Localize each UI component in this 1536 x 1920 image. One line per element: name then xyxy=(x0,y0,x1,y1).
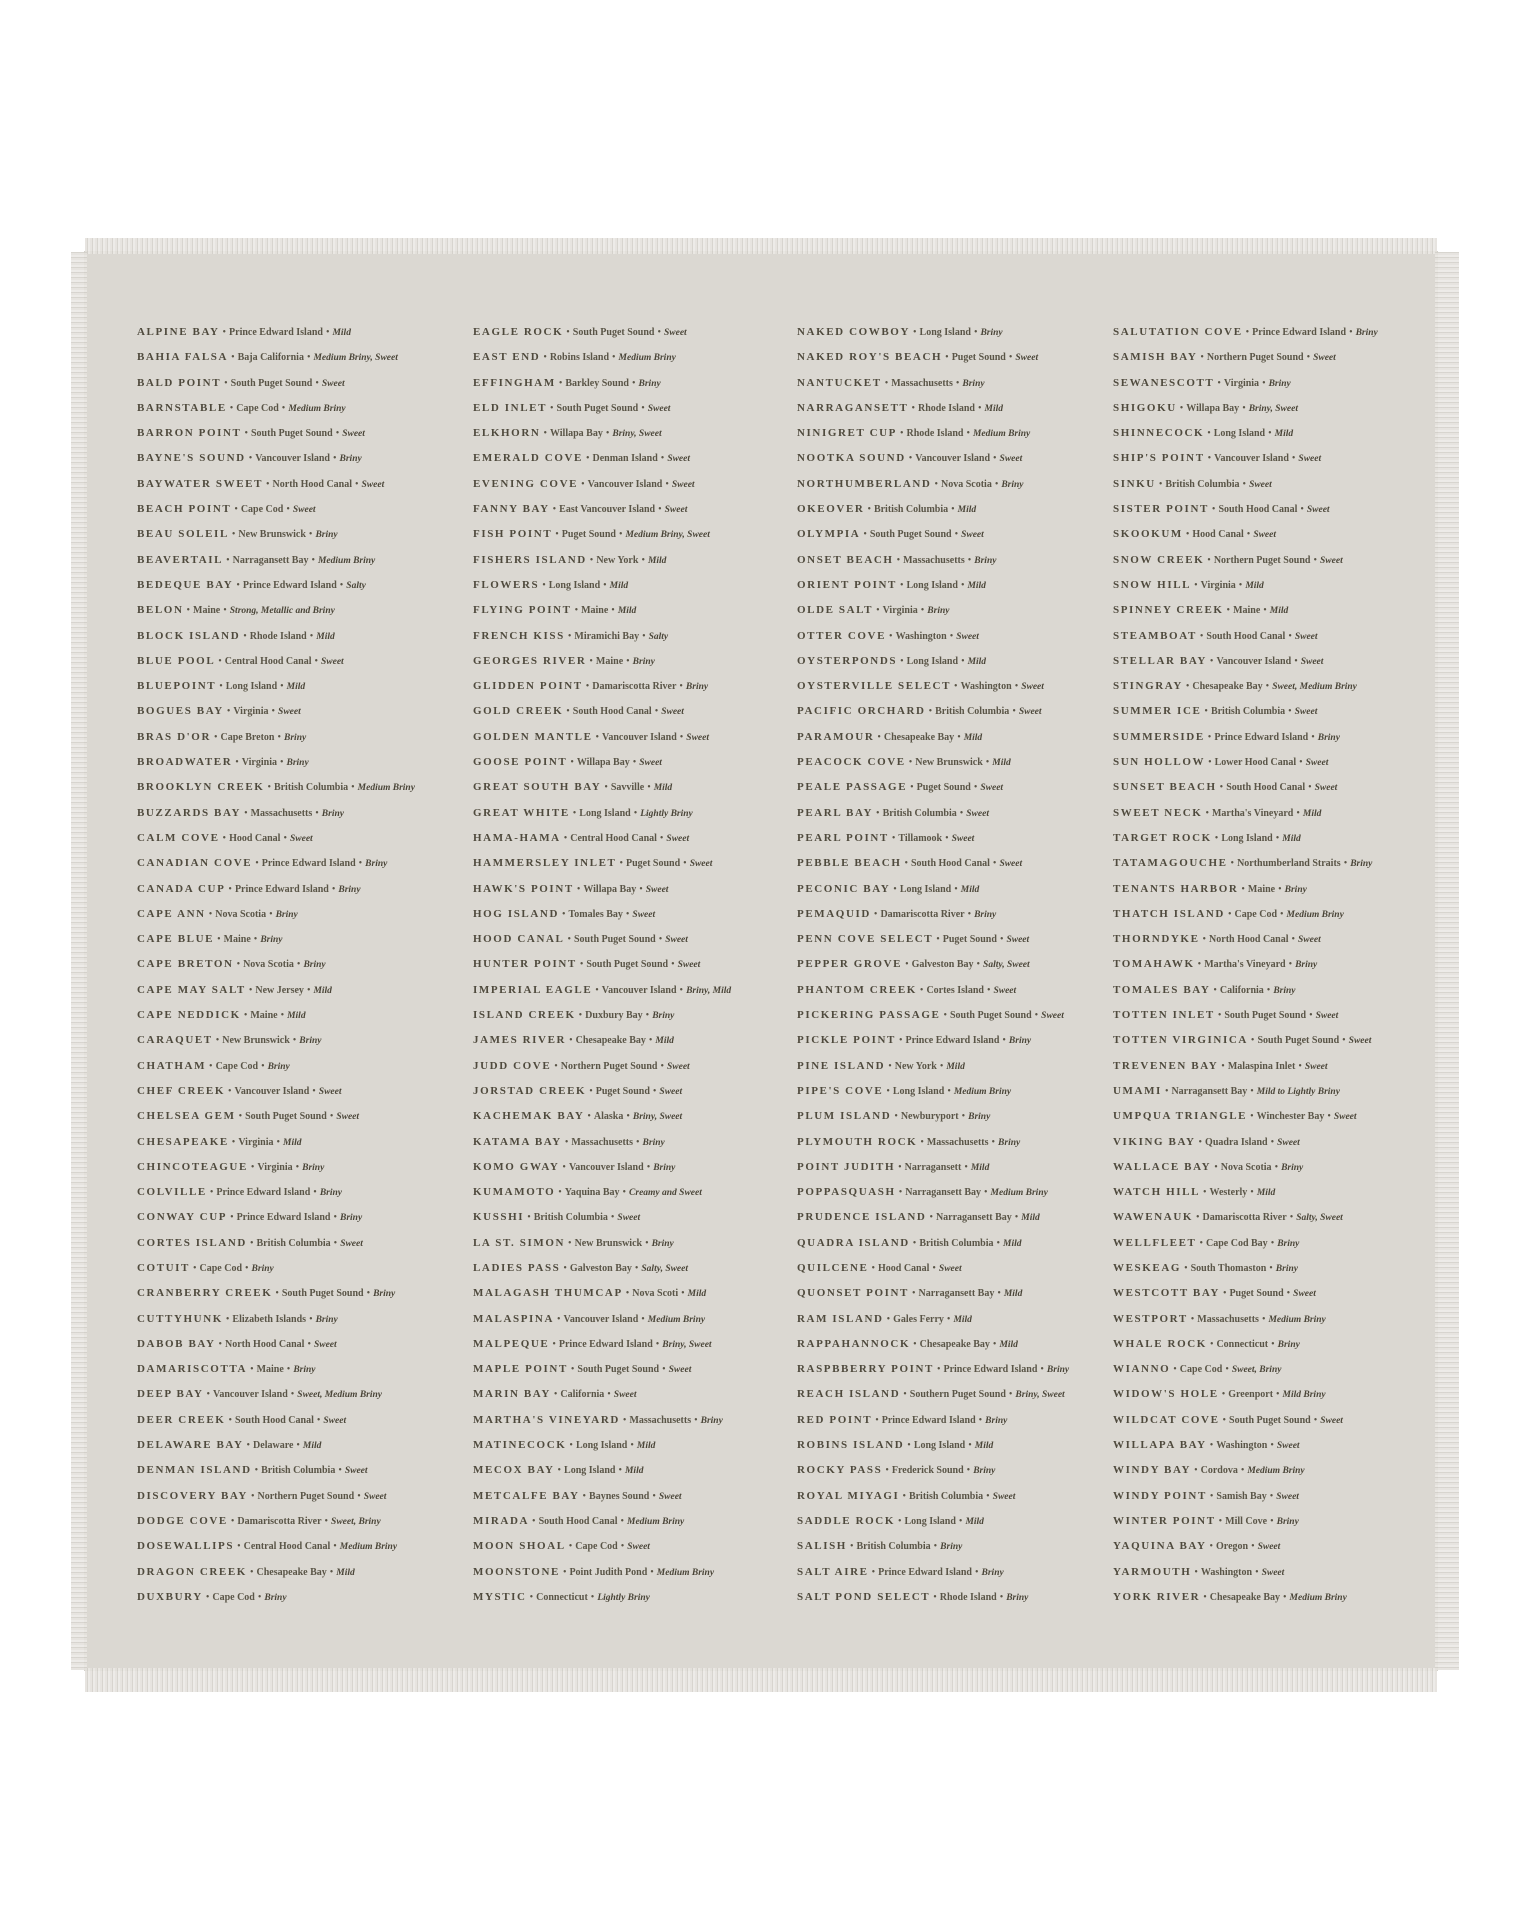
oyster-flavor: Sweet xyxy=(1295,632,1318,642)
oyster-flavor: Briny, Sweet xyxy=(1249,404,1298,414)
oyster-name: YORK RIVER xyxy=(1113,1591,1200,1603)
oyster-region: British Columbia xyxy=(856,1541,930,1552)
separator-dot: • xyxy=(206,1061,216,1072)
oyster-entry: OKEOVER•British Columbia•Mild xyxy=(797,495,1069,520)
oyster-entry: BAYNE'S SOUND•Vancouver Island•Briny xyxy=(137,444,415,469)
oyster-entry: CAPE NEDDICK•Maine•Mild xyxy=(137,1001,415,1026)
separator-dot: • xyxy=(644,1162,654,1173)
oyster-flavor: Briny xyxy=(1001,480,1023,490)
oyster-name: GOLDEN MANTLE xyxy=(473,731,593,743)
separator-dot: • xyxy=(524,1212,534,1223)
oyster-name: DRAGON CREEK xyxy=(137,1566,247,1578)
separator-dot: • xyxy=(566,1035,576,1046)
oyster-name: NAKED ROY'S BEACH xyxy=(797,351,942,363)
oyster-region: British Columbia xyxy=(534,1212,608,1223)
separator-dot: • xyxy=(636,884,646,895)
oyster-flavor: Sweet xyxy=(1041,1011,1064,1021)
oyster-region: Northern Puget Sound xyxy=(1207,352,1304,363)
separator-dot: • xyxy=(889,833,899,844)
oyster-region: Cape Cod xyxy=(216,1061,259,1072)
separator-dot: • xyxy=(264,782,274,793)
oyster-flavor: Mild xyxy=(965,1517,983,1527)
oyster-flavor: Salty, Sweet xyxy=(983,960,1030,970)
separator-dot: • xyxy=(873,808,883,819)
oyster-flavor: Mild xyxy=(336,1568,354,1578)
oyster-flavor: Mild xyxy=(1245,581,1263,591)
separator-dot: • xyxy=(284,1364,294,1375)
oyster-entry: BLUEPOINT•Long Island•Mild xyxy=(137,672,415,697)
oyster-flavor: Briny xyxy=(322,809,344,819)
oyster-entry: UMPQUA TRIANGLE•Winchester Bay•Sweet xyxy=(1113,1102,1378,1127)
separator-dot: • xyxy=(322,1516,332,1527)
oyster-entry: OYSTERVILLE SELECT•Washington•Sweet xyxy=(797,672,1069,697)
oyster-entry: REACH ISLAND•Southern Puget Sound•Briny,… xyxy=(797,1380,1069,1405)
oyster-entry: SEWANESCOTT•Virginia•Briny xyxy=(1113,369,1378,394)
separator-dot: • xyxy=(609,352,619,363)
separator-dot: • xyxy=(884,1314,894,1325)
oyster-name: MECOX BAY xyxy=(473,1464,555,1476)
separator-dot: • xyxy=(952,529,962,540)
oyster-flavor: Briny xyxy=(1356,328,1378,338)
oyster-entry: BROADWATER•Virginia•Briny xyxy=(137,748,415,773)
oyster-region: California xyxy=(1220,985,1264,996)
separator-dot: • xyxy=(1311,555,1321,566)
oyster-flavor: Briny xyxy=(1285,885,1307,895)
separator-dot: • xyxy=(1201,706,1211,717)
separator-dot: • xyxy=(632,1263,642,1274)
oyster-entry: LA ST. SIMON•New Brunswick•Briny xyxy=(473,1229,731,1254)
oyster-entry: HAMA-HAMA•Central Hood Canal•Sweet xyxy=(473,824,731,849)
oyster-region: Winchester Bay xyxy=(1257,1111,1325,1122)
separator-dot: • xyxy=(330,1212,340,1223)
oyster-entry: HAWK'S POINT•Willapa Bay•Sweet xyxy=(473,875,731,900)
oyster-name: BLOCK ISLAND xyxy=(137,630,240,642)
oyster-region: Massachusetts xyxy=(629,1415,691,1426)
oyster-entry: JORSTAD CREEK•Puget Sound•Sweet xyxy=(473,1077,731,1102)
oyster-region: Maine xyxy=(581,605,608,616)
oyster-name: SUMMERSIDE xyxy=(1113,731,1205,743)
oyster-entry: PICKLE POINT•Prince Edward Island•Briny xyxy=(797,1026,1069,1051)
separator-dot: • xyxy=(563,327,573,338)
separator-dot: • xyxy=(992,479,1002,490)
separator-dot: • xyxy=(691,1415,701,1426)
oyster-flavor: Sweet xyxy=(1305,1062,1328,1072)
oyster-region: Northern Puget Sound xyxy=(561,1061,658,1072)
separator-dot: • xyxy=(586,1086,596,1097)
oyster-entry: OTTER COVE•Washington•Sweet xyxy=(797,622,1069,647)
separator-dot: • xyxy=(1263,681,1273,692)
oyster-entry: DAMARISCOTTA•Maine•Briny xyxy=(137,1355,415,1380)
oyster-entry: UMAMI•Narragansett Bay•Mild to Lightly B… xyxy=(1113,1077,1378,1102)
separator-dot: • xyxy=(910,327,920,338)
separator-dot: • xyxy=(1006,352,1016,363)
separator-dot: • xyxy=(910,1238,920,1249)
separator-dot: • xyxy=(657,833,667,844)
separator-dot: • xyxy=(894,555,904,566)
oyster-flavor: Briny xyxy=(639,379,661,389)
oyster-entry: LADIES PASS•Galveston Bay•Salty, Sweet xyxy=(473,1254,731,1279)
oyster-entry: IMPERIAL EAGLE•Vancouver Island•Briny, M… xyxy=(473,976,731,1001)
oyster-region: Long Island xyxy=(907,656,958,667)
oyster-name: BEACH POINT xyxy=(137,503,231,515)
oyster-entry: GEORGES RIVER•Maine•Briny xyxy=(473,647,731,672)
oyster-entry: ONSET BEACH•Massachusetts•Briny xyxy=(797,546,1069,571)
separator-dot: • xyxy=(956,1516,966,1527)
separator-dot: • xyxy=(277,681,287,692)
separator-dot: • xyxy=(1236,580,1246,591)
oyster-flavor: Medium Briny xyxy=(340,1542,397,1552)
oyster-flavor: Sweet xyxy=(669,1365,692,1375)
oyster-entry: TOMALES BAY•California•Briny xyxy=(1113,976,1378,1001)
oyster-name: NANTUCKET xyxy=(797,377,882,389)
oyster-flavor: Sweet xyxy=(290,834,313,844)
oyster-name: SALISH xyxy=(797,1540,847,1552)
oyster-region: Long Island xyxy=(576,1440,627,1451)
oyster-region: Yaquina Bay xyxy=(565,1187,620,1198)
oyster-name: MOON SHOAL xyxy=(473,1540,566,1552)
oyster-region: Nova Scotia xyxy=(243,959,294,970)
separator-dot: • xyxy=(229,1137,239,1148)
separator-dot: • xyxy=(561,833,571,844)
separator-dot: • xyxy=(224,706,234,717)
separator-dot: • xyxy=(678,1288,688,1299)
oyster-name: MARTHA'S VINEYARD xyxy=(473,1414,620,1426)
separator-dot: • xyxy=(1272,1162,1282,1173)
separator-dot: • xyxy=(942,833,952,844)
oyster-name: DABOB BAY xyxy=(137,1338,215,1350)
separator-dot: • xyxy=(348,782,358,793)
fringe-right xyxy=(1435,252,1459,1670)
oyster-name: CONWAY CUP xyxy=(137,1211,227,1223)
separator-dot: • xyxy=(1247,1111,1257,1122)
separator-dot: • xyxy=(1037,1364,1047,1375)
separator-dot: • xyxy=(1191,580,1201,591)
oyster-entry: ROCKY PASS•Frederick Sound•Briny xyxy=(797,1456,1069,1481)
separator-dot: • xyxy=(1210,985,1220,996)
separator-dot: • xyxy=(308,555,318,566)
oyster-flavor: Sweet xyxy=(1298,454,1321,464)
separator-dot: • xyxy=(269,706,279,717)
oyster-entry: THATCH ISLAND•Cape Cod•Medium Briny xyxy=(1113,900,1378,925)
oyster-name: CUTTYHUNK xyxy=(137,1313,223,1325)
oyster-flavor: Salty xyxy=(649,632,669,642)
separator-dot: • xyxy=(1238,884,1248,895)
separator-dot: • xyxy=(1265,428,1275,439)
oyster-name: SALUTATION COVE xyxy=(1113,326,1243,338)
oyster-entry: SISTER POINT•South Hood Canal•Sweet xyxy=(1113,495,1378,520)
oyster-region: Delaware xyxy=(253,1440,293,1451)
oyster-region: Elizabeth Islands xyxy=(232,1314,306,1325)
oyster-flavor: Briny xyxy=(340,1213,362,1223)
oyster-flavor: Briny xyxy=(973,1466,995,1476)
oyster-entry: CARAQUET•New Brunswick•Briny xyxy=(137,1026,415,1051)
oyster-region: Vancouver Island xyxy=(235,1086,310,1097)
oyster-entry: DUXBURY•Cape Cod•Briny xyxy=(137,1583,415,1608)
separator-dot: • xyxy=(1267,1491,1277,1502)
oyster-region: Washington xyxy=(896,631,947,642)
separator-dot: • xyxy=(1240,479,1250,490)
separator-dot: • xyxy=(1225,909,1235,920)
oyster-entry: NARRAGANSETT•Rhode Island•Mild xyxy=(797,394,1069,419)
oyster-name: THORNDYKE xyxy=(1113,933,1200,945)
oyster-region: Northumberland Straits xyxy=(1237,858,1341,869)
oyster-name: STELLAR BAY xyxy=(1113,655,1207,667)
oyster-flavor: Medium Briny xyxy=(973,429,1030,439)
oyster-entry: EAGLE ROCK•South Puget Sound•Sweet xyxy=(473,318,731,343)
oyster-name: HUNTER POINT xyxy=(473,958,577,970)
separator-dot: • xyxy=(550,504,560,515)
oyster-entry: GREAT SOUTH BAY•Savville•Mild xyxy=(473,773,731,798)
oyster-entry: CHINCOTEAGUE•Virginia•Briny xyxy=(137,1153,415,1178)
oyster-region: Puget Sound xyxy=(562,529,616,540)
oyster-region: Chesapeake Bay xyxy=(1210,1592,1280,1603)
oyster-region: Point Judith Pond xyxy=(569,1567,647,1578)
oyster-entry: CONWAY CUP•Prince Edward Island•Briny xyxy=(137,1203,415,1228)
oyster-region: Damariscotta River xyxy=(237,1516,321,1527)
separator-dot: • xyxy=(647,1567,657,1578)
oyster-entry: COTUIT•Cape Cod•Briny xyxy=(137,1254,415,1279)
oyster-flavor: Briny xyxy=(974,556,996,566)
separator-dot: • xyxy=(644,782,654,793)
separator-dot: • xyxy=(633,1137,643,1148)
separator-dot: • xyxy=(653,1339,663,1350)
separator-dot: • xyxy=(975,403,985,414)
fringe-bottom xyxy=(85,1668,1437,1692)
oyster-name: COLVILLE xyxy=(137,1186,207,1198)
oyster-flavor: Mild xyxy=(316,632,334,642)
oyster-entry: PARAMOUR•Chesapeake Bay•Mild xyxy=(797,723,1069,748)
oyster-name: JUDD COVE xyxy=(473,1060,551,1072)
oyster-name: BAHIA FALSA xyxy=(137,351,228,363)
oyster-entry: KACHEMAK BAY•Alaska•Briny, Sweet xyxy=(473,1102,731,1127)
oyster-entry: SUN HOLLOW•Lower Hood Canal•Sweet xyxy=(1113,748,1378,773)
separator-dot: • xyxy=(280,833,290,844)
oyster-name: PEPPER GROVE xyxy=(797,958,902,970)
separator-dot: • xyxy=(1267,1440,1277,1451)
oyster-entry: WILDCAT COVE•South Puget Sound•Sweet xyxy=(1113,1406,1378,1431)
oyster-flavor: Mild xyxy=(992,758,1010,768)
oyster-name: DEER CREEK xyxy=(137,1414,225,1426)
oyster-region: Robins Island xyxy=(550,352,609,363)
oyster-entry: SUNSET BEACH•South Hood Canal•Sweet xyxy=(1113,773,1378,798)
separator-dot: • xyxy=(965,909,975,920)
column-2: EAGLE ROCK•South Puget Sound•SweetEAST E… xyxy=(473,318,731,1608)
oyster-flavor: Sweet xyxy=(323,1416,346,1426)
oyster-flavor: Mild xyxy=(971,1163,989,1173)
oyster-name: WINTER POINT xyxy=(1113,1515,1216,1527)
oyster-name: STEAMBOAT xyxy=(1113,630,1197,642)
oyster-region: Savville xyxy=(611,782,644,793)
oyster-flavor: Mild xyxy=(946,1062,964,1072)
oyster-name: CAPE NEDDICK xyxy=(137,1009,241,1021)
oyster-name: FISH POINT xyxy=(473,528,552,540)
oyster-region: Mill Cove xyxy=(1225,1516,1267,1527)
oyster-flavor: Briny, Mild xyxy=(686,986,731,996)
oyster-entry: DABOB BAY•North Hood Canal•Sweet xyxy=(137,1330,415,1355)
oyster-region: Prince Edward Island xyxy=(878,1567,972,1578)
oyster-name: HOG ISLAND xyxy=(473,908,559,920)
oyster-name: PLUM ISLAND xyxy=(797,1110,891,1122)
oyster-entry: SHIGOKU•Willapa Bay•Briny, Sweet xyxy=(1113,394,1378,419)
separator-dot: • xyxy=(899,1491,909,1502)
oyster-name: PEARL BAY xyxy=(797,807,873,819)
oyster-region: Alaska xyxy=(594,1111,623,1122)
separator-dot: • xyxy=(926,1212,936,1223)
oyster-flavor: Mild xyxy=(953,1315,971,1325)
oyster-region: South Hood Canal xyxy=(1226,782,1305,793)
oyster-flavor: Sweet xyxy=(617,1213,640,1223)
oyster-entry: COLVILLE•Prince Edward Island•Briny xyxy=(137,1178,415,1203)
oyster-name: BALD POINT xyxy=(137,377,221,389)
oyster-flavor: Sweet xyxy=(627,1542,650,1552)
oyster-flavor: Sweet xyxy=(667,1062,690,1072)
separator-dot: • xyxy=(1197,352,1207,363)
oyster-name: YARMOUTH xyxy=(1113,1566,1191,1578)
oyster-name: ONSET BEACH xyxy=(797,554,894,566)
separator-dot: • xyxy=(1280,1592,1290,1603)
oyster-name: GOOSE POINT xyxy=(473,756,567,768)
oyster-name: WHALE ROCK xyxy=(1113,1338,1207,1350)
oyster-region: Chesapeake Bay xyxy=(884,732,954,743)
oyster-entry: NOOTKA SOUND•Vancouver Island•Sweet xyxy=(797,444,1069,469)
oyster-entry: DOSEWALLIPS•Central Hood Canal•Medium Br… xyxy=(137,1532,415,1557)
separator-dot: • xyxy=(953,378,963,389)
oyster-name: NINIGRET CUP xyxy=(797,427,897,439)
oyster-entry: NINIGRET CUP•Rhode Island•Medium Briny xyxy=(797,419,1069,444)
separator-dot: • xyxy=(577,959,587,970)
oyster-region: Cape Cod xyxy=(1235,909,1278,920)
oyster-name: SISTER POINT xyxy=(1113,503,1209,515)
oyster-region: Baja California xyxy=(238,352,304,363)
oyster-flavor: Sweet xyxy=(1334,1112,1357,1122)
oyster-flavor: Salty, Sweet xyxy=(1296,1213,1343,1223)
oyster-flavor: Mild xyxy=(313,986,331,996)
separator-dot: • xyxy=(216,681,226,692)
oyster-entry: KUSSHI•British Columbia•Sweet xyxy=(473,1203,731,1228)
separator-dot: • xyxy=(306,529,316,540)
oyster-name: BOGUES BAY xyxy=(137,705,224,717)
separator-dot: • xyxy=(364,1288,374,1299)
oyster-name: UMPQUA TRIANGLE xyxy=(1113,1110,1247,1122)
oyster-name: CALM COVE xyxy=(137,832,220,844)
oyster-region: Connecticut xyxy=(536,1592,588,1603)
separator-dot: • xyxy=(1285,706,1295,717)
oyster-flavor: Sweet xyxy=(314,1340,337,1350)
oyster-flavor: Sweet xyxy=(980,783,1003,793)
oyster-region: Rhode Island xyxy=(250,631,307,642)
oyster-entry: CHATHAM•Cape Cod•Briny xyxy=(137,1052,415,1077)
oyster-name: BEDEQUE BAY xyxy=(137,579,233,591)
oyster-entry: BARNSTABLE•Cape Cod•Medium Briny xyxy=(137,394,415,419)
separator-dot: • xyxy=(931,479,941,490)
separator-dot: • xyxy=(311,656,321,667)
separator-dot: • xyxy=(539,580,549,591)
oyster-flavor: Sweet xyxy=(686,733,709,743)
oyster-entry: PACIFIC ORCHARD•British Columbia•Sweet xyxy=(797,697,1069,722)
oyster-region: Chesapeake Bay xyxy=(1192,681,1262,692)
oyster-entry: GOOSE POINT•Willapa Bay•Sweet xyxy=(473,748,731,773)
oyster-flavor: Briny xyxy=(643,1138,665,1148)
separator-dot: • xyxy=(1218,1061,1228,1072)
oyster-name: RED POINT xyxy=(797,1414,872,1426)
oyster-entry: MALPEQUE•Prince Edward Island•Briny, Swe… xyxy=(473,1330,731,1355)
oyster-name: BROOKLYN CREEK xyxy=(137,781,264,793)
oyster-name: BARNSTABLE xyxy=(137,402,227,414)
oyster-entry: ELD INLET•South Puget Sound•Sweet xyxy=(473,394,731,419)
oyster-region: Chesapeake Bay xyxy=(920,1339,990,1350)
separator-dot: • xyxy=(649,1491,659,1502)
oyster-name: STINGRAY xyxy=(1113,680,1183,692)
separator-dot: • xyxy=(1306,1010,1316,1021)
oyster-region: New Brunswick xyxy=(575,1238,643,1249)
oyster-entry: POPPASQUASH•Narragansett Bay•Medium Brin… xyxy=(797,1178,1069,1203)
oyster-name: PIPE'S COVE xyxy=(797,1085,883,1097)
oyster-name: CHATHAM xyxy=(137,1060,206,1072)
separator-dot: • xyxy=(290,1035,300,1046)
separator-dot: • xyxy=(1209,504,1219,515)
oyster-name: HAWK'S POINT xyxy=(473,883,574,895)
oyster-name: RASPBBERRY POINT xyxy=(797,1363,934,1375)
oyster-entry: WATCH HILL•Westerly•Mild xyxy=(1113,1178,1378,1203)
separator-dot: • xyxy=(279,403,289,414)
separator-dot: • xyxy=(1275,884,1285,895)
separator-dot: • xyxy=(352,479,362,490)
oyster-region: Willapa Bay xyxy=(583,884,636,895)
separator-dot: • xyxy=(642,1238,652,1249)
oyster-region: Cape Cod xyxy=(236,403,279,414)
oyster-region: Massachusetts xyxy=(1197,1314,1259,1325)
separator-dot: • xyxy=(623,656,633,667)
separator-dot: • xyxy=(275,732,285,743)
separator-dot: • xyxy=(1183,681,1193,692)
oyster-entry: KUMAMOTO•Yaquina Bay•Creamy and Sweet xyxy=(473,1178,731,1203)
oyster-region: Rhode Island xyxy=(907,428,964,439)
oyster-region: Rhode Island xyxy=(918,403,975,414)
oyster-entry: THORNDYKE•North Hood Canal•Sweet xyxy=(1113,925,1378,950)
oyster-name: FLOWERS xyxy=(473,579,539,591)
oyster-region: Long Island xyxy=(1221,833,1272,844)
oyster-name: OYSTERPONDS xyxy=(797,655,897,667)
oyster-flavor: Sweet xyxy=(1249,480,1272,490)
oyster-name: PARAMOUR xyxy=(797,731,874,743)
separator-dot: • xyxy=(954,732,964,743)
oyster-region: Prince Edward Island xyxy=(882,1415,976,1426)
oyster-region: Massachusetts xyxy=(927,1137,989,1148)
oyster-entry: CORTES ISLAND•British Columbia•Sweet xyxy=(137,1229,415,1254)
separator-dot: • xyxy=(1293,808,1303,819)
oyster-entry: TREVENEN BAY•Malaspina Inlet•Sweet xyxy=(1113,1052,1378,1077)
separator-dot: • xyxy=(933,934,943,945)
oyster-name: METCALFE BAY xyxy=(473,1490,580,1502)
oyster-region: Long Island xyxy=(905,1516,956,1527)
separator-dot: • xyxy=(1181,1263,1191,1274)
oyster-name: POPPASQUASH xyxy=(797,1186,896,1198)
oyster-entry: CHELSEA GEM•South Puget Sound•Sweet xyxy=(137,1102,415,1127)
oyster-flavor: Mild xyxy=(975,1441,993,1451)
oyster-region: British Columbia xyxy=(1165,479,1239,490)
oyster-flavor: Sweet xyxy=(1258,1542,1281,1552)
oyster-entry: SINKU•British Columbia•Sweet xyxy=(1113,470,1378,495)
oyster-region: Central Hood Canal xyxy=(570,833,657,844)
oyster-region: Massachusetts xyxy=(571,1137,633,1148)
oyster-flavor: Briny xyxy=(1273,986,1295,996)
separator-dot: • xyxy=(944,1314,954,1325)
separator-dot: • xyxy=(529,1516,539,1527)
oyster-name: KUMAMOTO xyxy=(473,1186,555,1198)
oyster-entry: DODGE COVE•Damariscotta River•Sweet, Bri… xyxy=(137,1507,415,1532)
separator-dot: • xyxy=(1273,1389,1283,1400)
separator-dot: • xyxy=(1286,959,1296,970)
